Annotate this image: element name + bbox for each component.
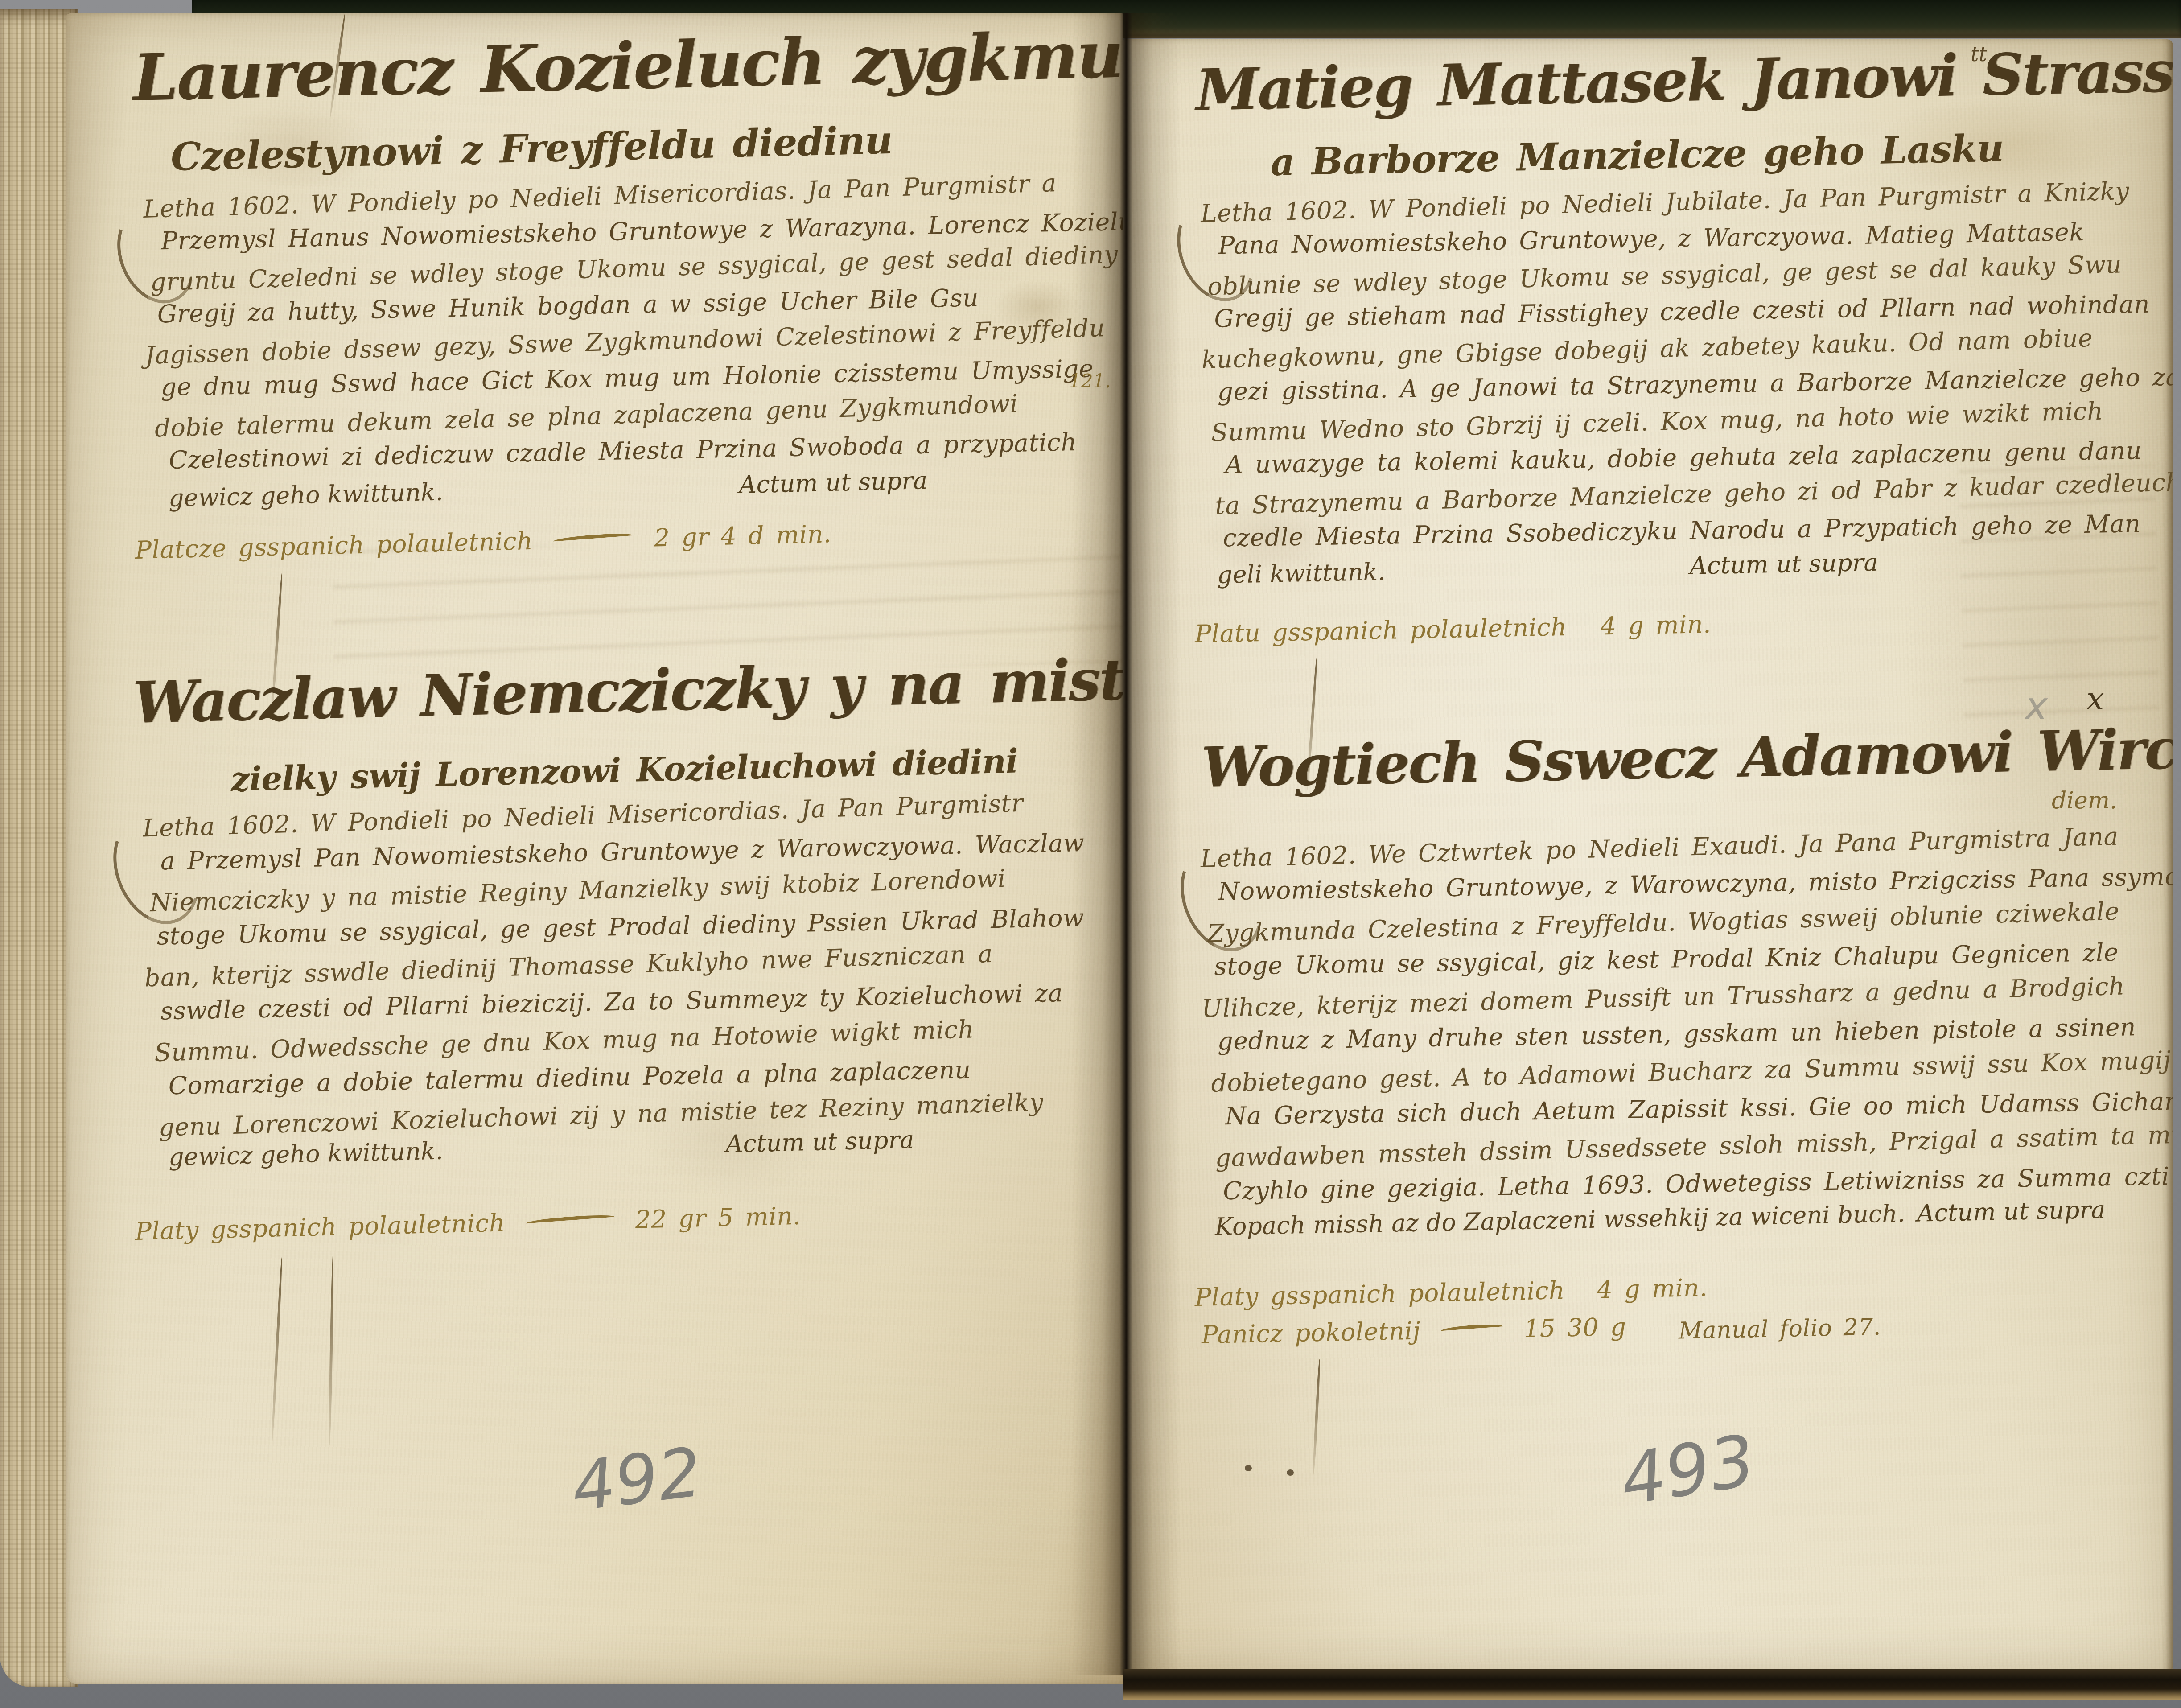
actum-note: Actum ut supra [1917,1196,2106,1227]
payment-label: Platy gsspanich polauletnich [1194,1276,1565,1312]
heading-side-note: diem. [2052,787,2117,814]
payment-dash: — [553,532,634,545]
actum-note: Actum ut supra [739,466,928,499]
binding-edge-bottom [1123,1669,2181,1700]
margin-note: 121. [1069,370,1111,392]
payment-row: Platy gsspanich polauletnich—22 gr 5 min… [135,1202,801,1246]
entry-subheading: a Barborze Manzielcze geho Lasku [1270,126,2004,184]
reference-note: Manual folio 27. [1678,1314,1881,1345]
page-number-pencil: 493 [1615,1420,1761,1522]
pen-descender [271,1257,283,1445]
closing-text: gewicz geho kwittunk. [168,477,443,512]
manuscript-scan: Laurencz Kozieluch zygkmundowi Czelestyn… [0,0,2181,1708]
entry-body: Letha 1602. W Pondieli po Nedieli Miseri… [142,785,1091,1144]
actum-note: Actum ut supra [1689,548,1878,580]
payment-label: Platy gsspanich polauletnich [135,1208,505,1246]
ink-showthrough [1959,465,2161,745]
payment-row: Platy gsspanich polauletnich 4 g min. [1194,1273,1708,1312]
closing-text: gewicz geho kwittunk. [168,1136,443,1171]
pen-descender [1312,1359,1321,1475]
entry-heading: Wogtiech Sswecz Adamowi Wircharzi [1201,714,2173,800]
entry-body: Letha 1602. We Cztwrtek po Nedieli Exaud… [1200,818,2173,1212]
closing-text: geli kwittunk. [1217,558,1385,589]
payment-amount: 4 g min. [1597,1273,1708,1304]
payment-amount: 22 gr 5 min. [635,1202,801,1234]
entry-body: Letha 1602. W Pondiely po Nedieli Miseri… [143,164,1123,481]
payment-dash: — [525,1213,615,1227]
entry-subheading: Czelestynowi z Freyffeldu diedinu [170,118,893,180]
actum-note: Actum ut supra [725,1126,914,1158]
payment-amount: 4 g min. [1601,610,1712,641]
margin-x-ink: x [2086,680,2104,717]
left-page: Laurencz Kozieluch zygkmundowi Czelestyn… [66,13,1123,1684]
payment-label: Panicz pokoletnij [1201,1317,1420,1349]
page-number-pencil: 492 [568,1432,706,1527]
payment-row: Platu gsspanich polauletnich 4 g min. [1194,610,1711,648]
right-page: Matieg Mattasek Janowi Strasskemu tt a B… [1123,39,2173,1675]
payment-row-2: Panicz pokoletnij—15 30 g Manual folio 2… [1201,1313,1626,1349]
heading-correction: tt [1971,42,1987,66]
wormhole [1287,1469,1294,1476]
entry-heading: Laurencz Kozieluch zygkmundowi [132,13,1123,115]
payment-amount: 15 30 g [1523,1313,1626,1343]
wormhole [1245,1465,1252,1471]
payment-dash: — [1441,1323,1504,1334]
entry-heading: Matieg Mattasek Janowi Strasskemu [1195,39,2173,124]
pen-descender [328,1254,334,1445]
payment-label: Platu gsspanich polauletnich [1194,613,1567,648]
